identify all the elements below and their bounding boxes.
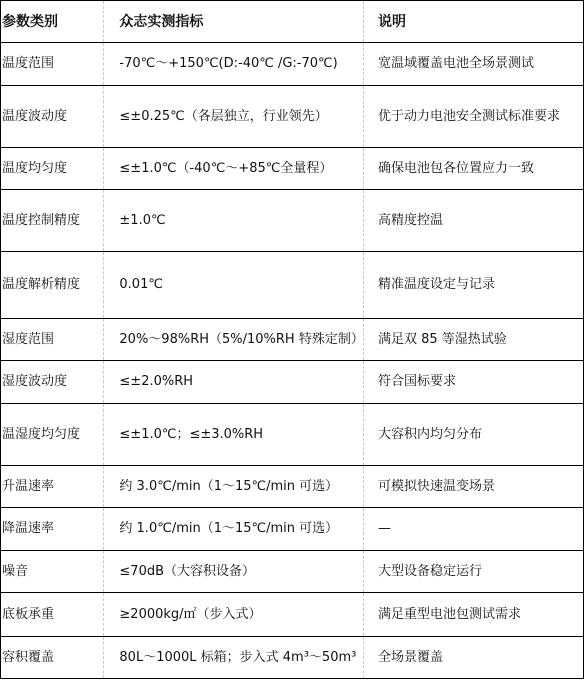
- value-cell: ≤±1.0℃（-40℃～+85℃全量程）: [104, 148, 364, 190]
- note-cell: —: [363, 508, 583, 551]
- category-cell: 温度均匀度: [1, 148, 104, 190]
- note-cell: 宽温域覆盖电池全场景测试: [363, 43, 583, 86]
- table-row: 温度均匀度≤±1.0℃（-40℃～+85℃全量程）确保电池包各位置应力一致: [1, 148, 584, 190]
- note-cell: 符合国标要求: [363, 361, 583, 404]
- table-row: 温度范围-70℃～+150℃(D:-40℃ /G:-70℃)宽温域覆盖电池全场景…: [1, 43, 584, 86]
- value-cell: 约 1.0℃/min（1～15℃/min 可选）: [104, 508, 364, 551]
- value-cell: ≥2000kg/㎡（步入式）: [104, 593, 364, 637]
- value-cell: ≤±1.0℃；≤±3.0%RH: [104, 404, 364, 466]
- table-row: 湿度范围20%～98%RH（5%/10%RH 特殊定制）满足双 85 等湿热试验: [1, 319, 584, 361]
- table-row: 温度解析精度0.01℃精准温度设定与记录: [1, 252, 584, 319]
- value-cell: 20%～98%RH（5%/10%RH 特殊定制）: [104, 319, 364, 361]
- category-cell: 温湿度均匀度: [1, 404, 104, 466]
- value-cell: 约 3.0℃/min（1～15℃/min 可选）: [104, 466, 364, 508]
- note-cell: 满足重型电池包测试需求: [363, 593, 583, 637]
- category-cell: 升温速率: [1, 466, 104, 508]
- category-cell: 温度范围: [1, 43, 104, 86]
- category-cell: 温度解析精度: [1, 252, 104, 319]
- spec-table: 参数类别 众志实测指标 说明 温度范围-70℃～+150℃(D:-40℃ /G:…: [0, 0, 584, 679]
- table-row: 容积覆盖80L～1000L 标箱；步入式 4m³～50m³全场景覆盖: [1, 637, 584, 679]
- table-row: 底板承重≥2000kg/㎡（步入式）满足重型电池包测试需求: [1, 593, 584, 637]
- note-cell: 全场景覆盖: [363, 637, 583, 679]
- note-cell: 可模拟快速温变场景: [363, 466, 583, 508]
- note-cell: 高精度控温: [363, 190, 583, 252]
- table-row: 降温速率约 1.0℃/min（1～15℃/min 可选）—: [1, 508, 584, 551]
- table-row: 湿度波动度≤±2.0%RH符合国标要求: [1, 361, 584, 404]
- value-cell: 80L～1000L 标箱；步入式 4m³～50m³: [104, 637, 364, 679]
- header-category: 参数类别: [1, 1, 104, 43]
- note-cell: 确保电池包各位置应力一致: [363, 148, 583, 190]
- category-cell: 湿度波动度: [1, 361, 104, 404]
- table-body: 温度范围-70℃～+150℃(D:-40℃ /G:-70℃)宽温域覆盖电池全场景…: [1, 43, 584, 679]
- table-row: 温度波动度≤±0.25℃（各层独立，行业领先）优于动力电池安全测试标准要求: [1, 86, 584, 148]
- category-cell: 容积覆盖: [1, 637, 104, 679]
- table-row: 温湿度均匀度≤±1.0℃；≤±3.0%RH大容积内均匀分布: [1, 404, 584, 466]
- header-value: 众志实测指标: [104, 1, 364, 43]
- header-row: 参数类别 众志实测指标 说明: [1, 1, 584, 43]
- table-row: 升温速率约 3.0℃/min（1～15℃/min 可选）可模拟快速温变场景: [1, 466, 584, 508]
- value-cell: ±1.0℃: [104, 190, 364, 252]
- header-note: 说明: [363, 1, 583, 43]
- note-cell: 精准温度设定与记录: [363, 252, 583, 319]
- note-cell: 满足双 85 等湿热试验: [363, 319, 583, 361]
- note-cell: 大容积内均匀分布: [363, 404, 583, 466]
- value-cell: ≤±2.0%RH: [104, 361, 364, 404]
- value-cell: 0.01℃: [104, 252, 364, 319]
- note-cell: 大型设备稳定运行: [363, 551, 583, 593]
- value-cell: -70℃～+150℃(D:-40℃ /G:-70℃): [104, 43, 364, 86]
- table-row: 温度控制精度±1.0℃高精度控温: [1, 190, 584, 252]
- category-cell: 温度波动度: [1, 86, 104, 148]
- category-cell: 湿度范围: [1, 319, 104, 361]
- note-cell: 优于动力电池安全测试标准要求: [363, 86, 583, 148]
- category-cell: 噪音: [1, 551, 104, 593]
- category-cell: 底板承重: [1, 593, 104, 637]
- category-cell: 温度控制精度: [1, 190, 104, 252]
- category-cell: 降温速率: [1, 508, 104, 551]
- table-row: 噪音≤70dB（大容积设备）大型设备稳定运行: [1, 551, 584, 593]
- value-cell: ≤±0.25℃（各层独立，行业领先）: [104, 86, 364, 148]
- value-cell: ≤70dB（大容积设备）: [104, 551, 364, 593]
